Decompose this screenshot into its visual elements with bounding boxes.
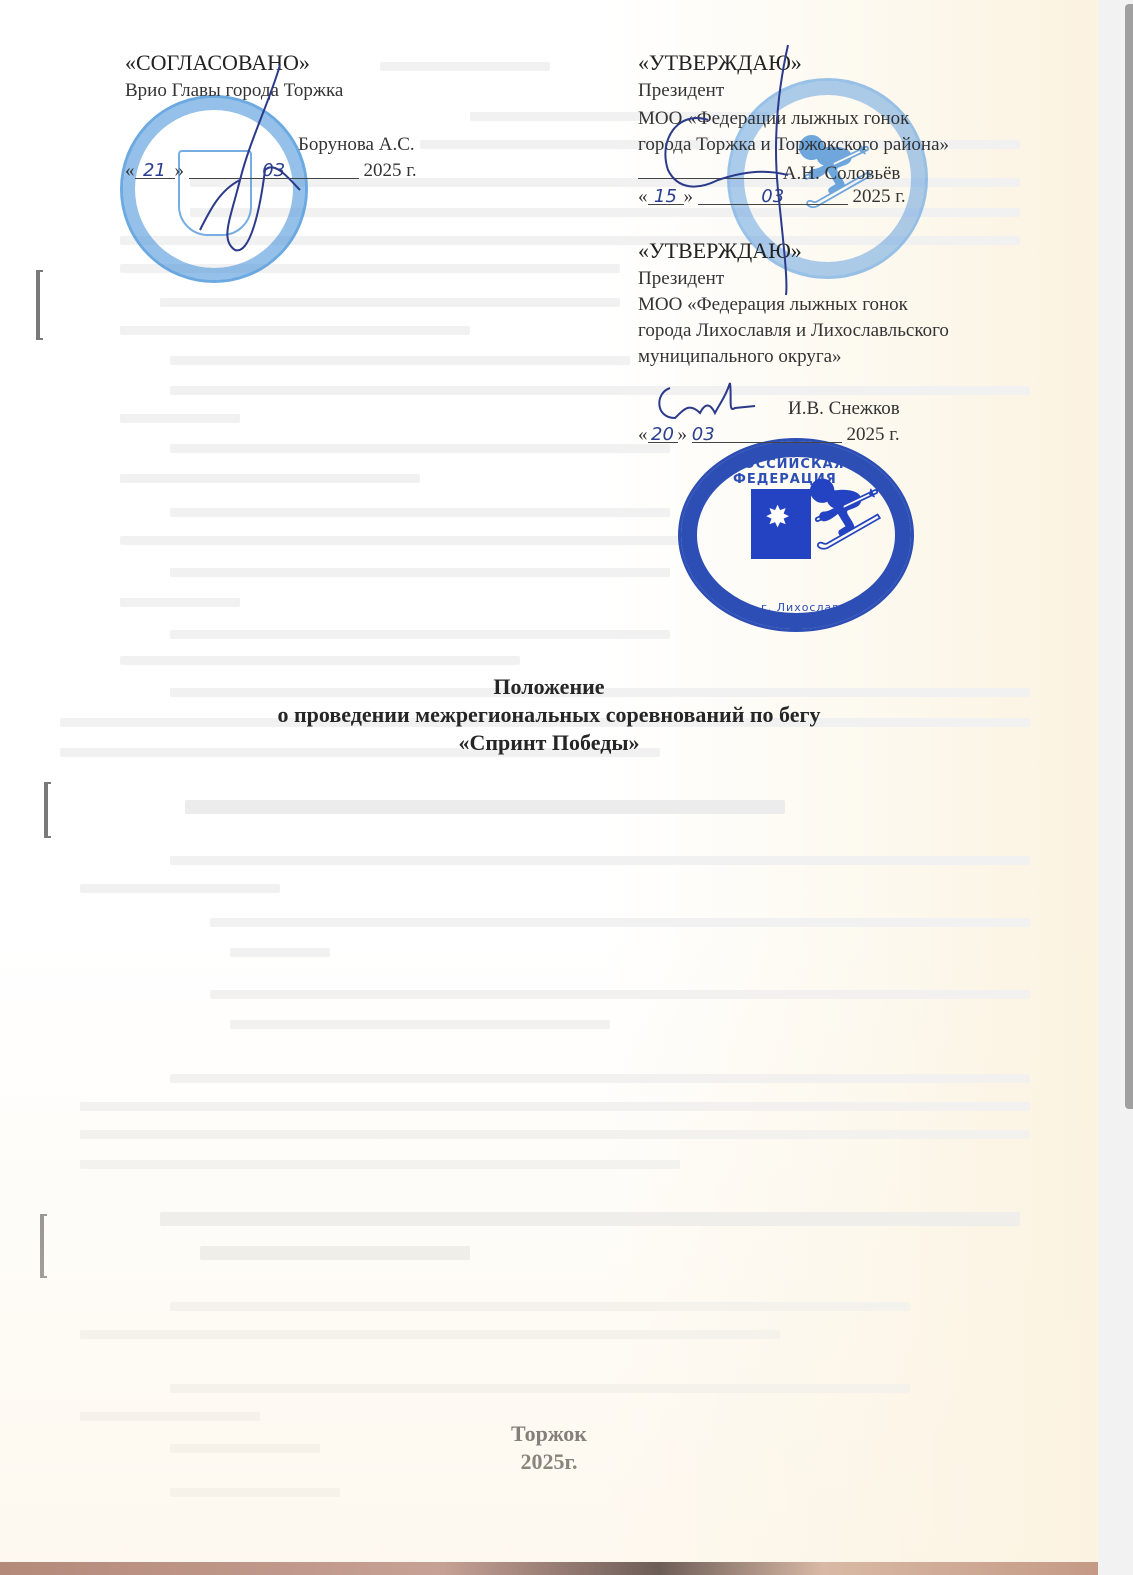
title-line: о проведении межрегиональных соревновани… bbox=[0, 701, 1098, 729]
stamp-city-text: г. Лихославль bbox=[761, 601, 855, 614]
title-line: Положение bbox=[0, 673, 1098, 701]
photo-bottom-edge bbox=[0, 1562, 1098, 1575]
organization-line: муниципального округа» bbox=[638, 346, 842, 368]
scrollbar-thumb[interactable] bbox=[1125, 4, 1133, 1109]
staple-mark bbox=[36, 270, 40, 340]
title-line: «Спринт Победы» bbox=[0, 729, 1098, 757]
staple-mark bbox=[40, 1214, 44, 1278]
date-year: 2025 г. bbox=[364, 160, 417, 181]
footer-year: 2025г. bbox=[0, 1448, 1098, 1476]
document-title: Положение о проведении межрегиональных с… bbox=[0, 673, 1098, 757]
skier-icon: ⛷ bbox=[801, 481, 890, 551]
document-footer: Торжок 2025г. bbox=[0, 1420, 1098, 1476]
stamp-likhoslavl-ski-federation: РОССИЙСКАЯ ФЕДЕРАЦИЯ ⛷ г. Лихославль bbox=[678, 438, 914, 632]
signature-borunova bbox=[180, 60, 320, 260]
signature-snezhkov bbox=[650, 378, 760, 428]
signatory-name: А.Н. Соловьёв bbox=[783, 163, 901, 184]
footer-city: Торжок bbox=[0, 1420, 1098, 1448]
staple-mark bbox=[44, 782, 48, 838]
date-year: 2025 г. bbox=[853, 186, 906, 207]
organization-line: города Лихославля и Лихославльского bbox=[638, 320, 949, 342]
date-day: 21 bbox=[143, 160, 166, 181]
document-page: ⛷ РОССИЙСКАЯ ФЕДЕРАЦИЯ ⛷ г. Лихославль «… bbox=[0, 0, 1098, 1562]
date-year: 2025 г. bbox=[847, 424, 900, 445]
signature-solovyov bbox=[648, 40, 798, 300]
signatory-name: И.В. Снежков bbox=[788, 398, 900, 420]
